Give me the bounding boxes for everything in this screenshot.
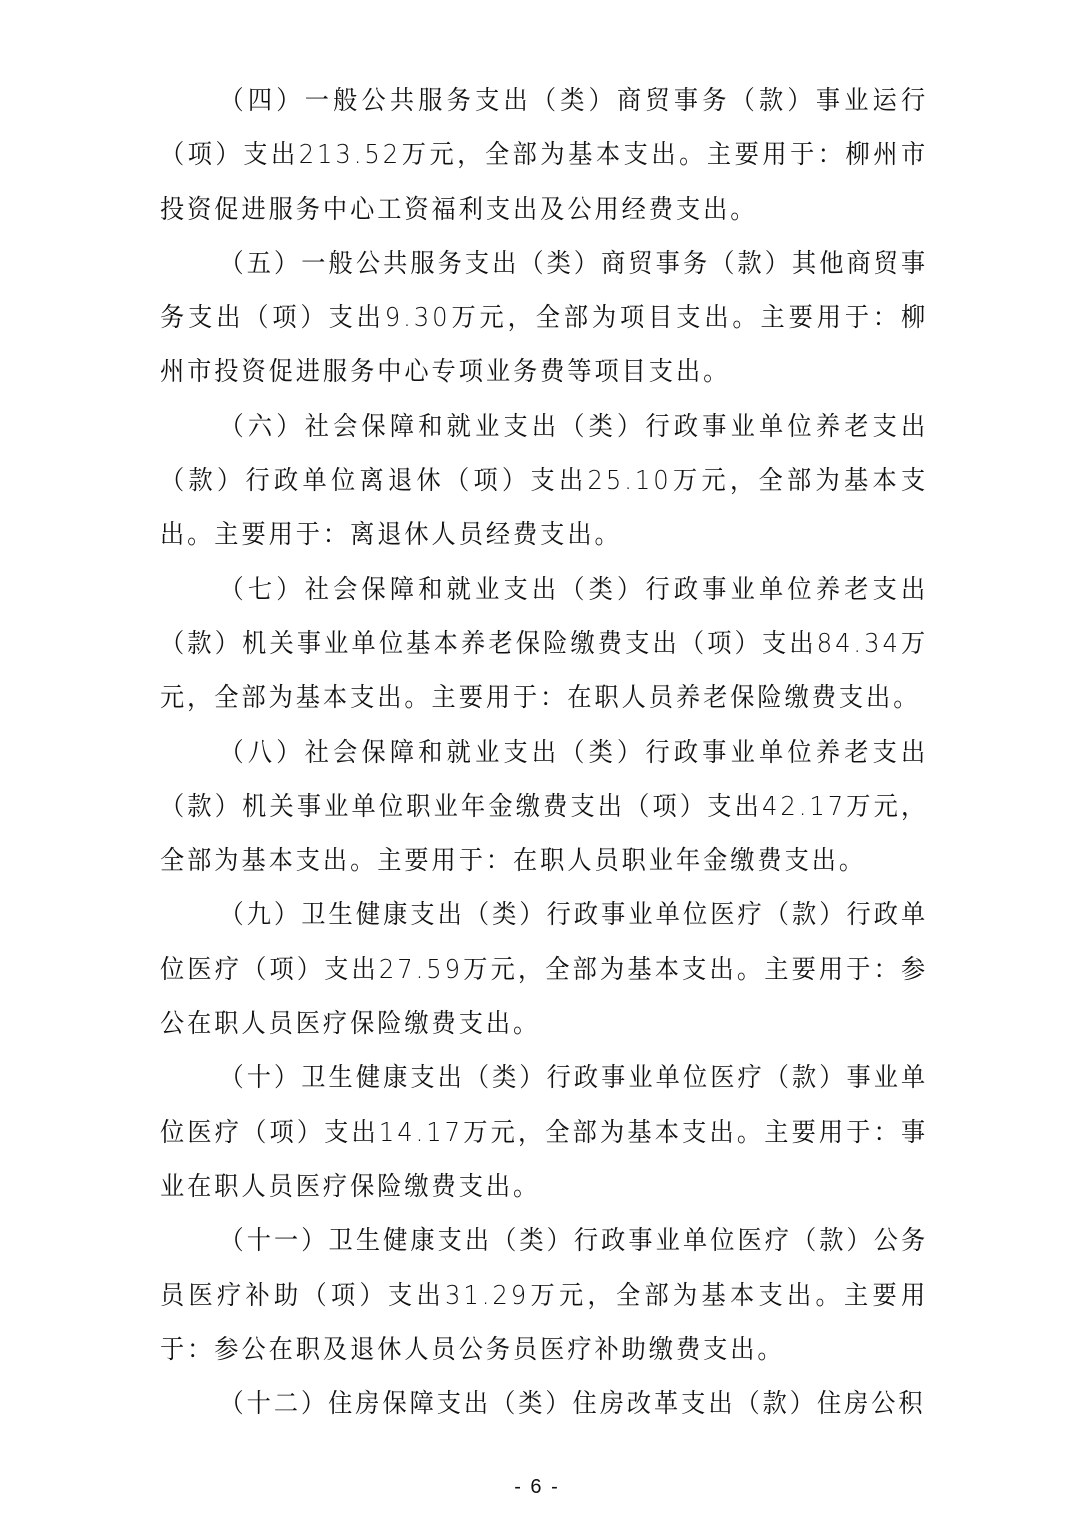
- paragraph-item-11: （十一）卫生健康支出（类）行政事业单位医疗（款）公务员医疗补助（项）支出31.2…: [160, 1214, 928, 1377]
- paragraph-item-12: （十二）住房保障支出（类）住房改革支出（款）住房公积: [160, 1377, 928, 1431]
- paragraph-item-10: （十）卫生健康支出（类）行政事业单位医疗（款）事业单位医疗（项）支出14.17万…: [160, 1051, 928, 1214]
- paragraph-item-5: （五）一般公共服务支出（类）商贸事务（款）其他商贸事务支出（项）支出9.30万元…: [160, 237, 928, 400]
- paragraph-item-4: （四）一般公共服务支出（类）商贸事务（款）事业运行（项）支出213.52万元，全…: [160, 74, 928, 237]
- paragraph-item-6: （六）社会保障和就业支出（类）行政事业单位养老支出（款）行政单位离退休（项）支出…: [160, 400, 928, 563]
- paragraph-item-7: （七）社会保障和就业支出（类）行政事业单位养老支出（款）机关事业单位基本养老保险…: [160, 563, 928, 726]
- page-number: - 6 -: [0, 1476, 1074, 1499]
- document-page: （四）一般公共服务支出（类）商贸事务（款）事业运行（项）支出213.52万元，全…: [160, 74, 928, 1431]
- paragraph-item-9: （九）卫生健康支出（类）行政事业单位医疗（款）行政单位医疗（项）支出27.59万…: [160, 888, 928, 1051]
- paragraph-item-8: （八）社会保障和就业支出（类）行政事业单位养老支出（款）机关事业单位职业年金缴费…: [160, 726, 928, 889]
